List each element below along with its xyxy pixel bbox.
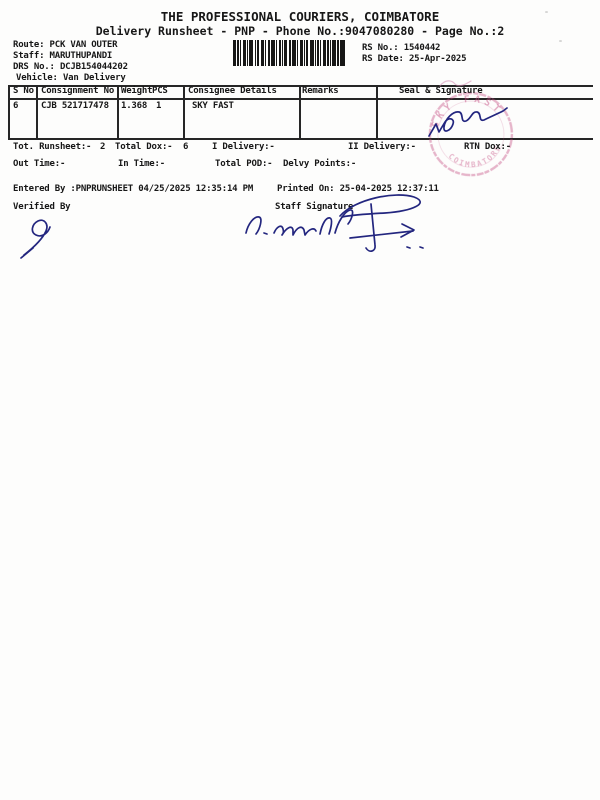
stamp-signature-ink <box>429 108 507 136</box>
delivery-runsheet-document: THE PROFESSIONAL COURIERS, COIMBATORE De… <box>0 0 600 800</box>
stamp-smear <box>440 81 471 86</box>
verified-signature-ink <box>21 248 33 258</box>
verified-signature-ink <box>24 220 50 255</box>
ink-overlay <box>0 0 600 800</box>
staff-signature-ink <box>246 195 423 251</box>
